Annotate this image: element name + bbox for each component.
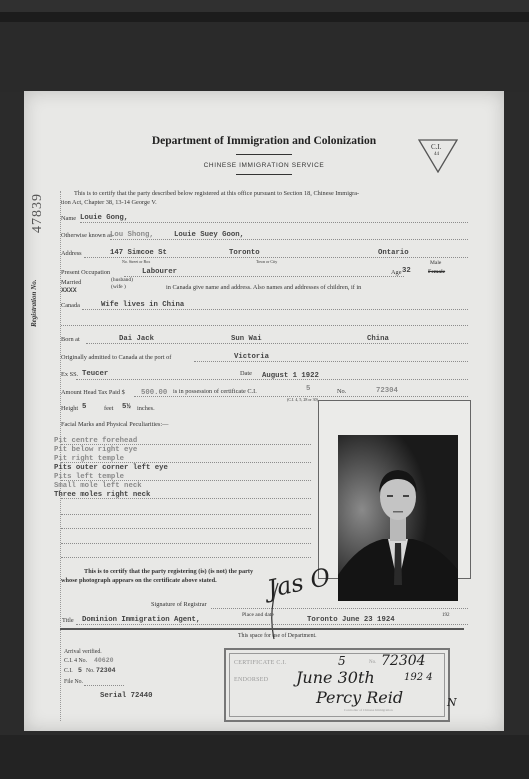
field-line: [61, 543, 311, 544]
age-value: 32: [402, 267, 411, 275]
registration-number-label: Registration No.: [30, 280, 38, 327]
field-line: [82, 309, 468, 310]
address-province: Ontario: [378, 249, 409, 257]
field-line: [86, 343, 468, 344]
field-line: [80, 222, 468, 223]
occupation-value: Labourer: [142, 268, 177, 276]
ship-value: Teucer: [82, 370, 108, 378]
head-tax-label: Amount Head Tax Paid $: [61, 389, 125, 396]
serial-number: Serial 72440: [100, 692, 153, 700]
facial-mark: Small mole left neck: [54, 482, 142, 490]
born-country: China: [367, 335, 389, 343]
ci4-value: 40620: [94, 657, 114, 664]
alias-value-2: Louie Suey Goon,: [174, 231, 244, 239]
film-band: [0, 22, 529, 92]
stamp-endorsed-label: ENDORSED: [234, 677, 268, 683]
stamp-no-value: 72304: [381, 653, 426, 669]
signature-label: Signature of Registrar: [151, 601, 207, 608]
stamp-year: 192 4: [404, 672, 433, 683]
registration-number-value: 47839: [30, 193, 46, 233]
certify-statement-line1: This is to certify that the party descri…: [74, 190, 359, 197]
field-line: [61, 462, 311, 463]
stamp-ci-value: 5: [338, 654, 346, 668]
address-city-hint: Town or City: [256, 259, 277, 264]
film-edge: [0, 0, 529, 12]
initial-mark: N: [447, 696, 457, 709]
height-feet-label: feet: [104, 405, 113, 412]
file-no-label: File No.: [64, 679, 83, 685]
field-line: [61, 325, 468, 326]
registration-certificate: 47839 Registration No. Department of Imm…: [24, 91, 504, 731]
field-line: [61, 444, 311, 445]
admitted-port: Victoria: [234, 353, 269, 361]
ci5-value: 72304: [96, 667, 116, 674]
name-value: Louie Gong,: [80, 214, 128, 222]
address-label: Address: [61, 250, 82, 257]
address-city: Toronto: [229, 249, 260, 257]
certificate-hint: (C.I. 4, 5, 28 or 30): [287, 397, 318, 402]
field-line: [61, 498, 311, 499]
title-label: Title: [62, 617, 74, 624]
name-label: Name: [61, 215, 76, 222]
field-line: [110, 239, 468, 240]
form-badge-code: C.I.: [431, 143, 442, 151]
born-district: Sun Wai: [231, 335, 262, 343]
party-certification-line1: This is to certify that the party regist…: [84, 568, 253, 575]
admitted-label: Originally admitted to Canada at the por…: [61, 354, 171, 361]
registration-number: 47839 Registration No.: [28, 191, 52, 391]
field-line: [61, 514, 311, 515]
field-line: [76, 379, 468, 380]
place-date-value: Toronto June 23 1924: [307, 616, 395, 624]
endorsement-stamp: CERTIFICATE C.I. 5 No. 72304 ENDORSED Ju…: [224, 648, 450, 722]
certificate-ci-value: 5: [306, 385, 310, 393]
ci4-label: C.I. 4 No.: [64, 658, 87, 664]
ci5-label: C.I.: [64, 668, 73, 674]
stamp-certificate-label: CERTIFICATE C.I.: [234, 660, 287, 666]
sex-female-struck: Female: [428, 269, 445, 275]
height-inches-label: inches.: [137, 405, 155, 412]
film-band: [0, 12, 529, 22]
year-suffix: 192: [442, 613, 450, 618]
field-line: [76, 624, 468, 625]
field-line: [61, 528, 311, 529]
field-line: [124, 276, 404, 277]
stamp-no-label: No.: [369, 660, 376, 665]
field-line: [61, 557, 311, 558]
otherwise-known-label: Otherwise known as: [61, 232, 112, 239]
date-label: Date: [240, 370, 252, 377]
address-street: 147 Simcoe St: [110, 249, 167, 257]
field-line: [84, 685, 124, 686]
header-rule: [236, 174, 292, 175]
signature-flourish-icon: [264, 581, 284, 641]
married-label: Married: [61, 279, 81, 286]
department-use-label: This space for use of Department.: [238, 633, 317, 639]
wife-label: (wife ): [111, 284, 126, 290]
facial-mark: Pit below right eye: [54, 446, 137, 454]
ci5-type: 5: [78, 667, 82, 674]
occupation-label: Present Occupation: [61, 269, 110, 276]
applicant-photograph: [338, 435, 458, 601]
height-feet: 5: [82, 403, 86, 411]
field-line: [61, 480, 311, 481]
field-line: [194, 361, 468, 362]
form-badge-number: 44: [434, 152, 439, 157]
certificate-no-value: 72304: [376, 387, 398, 395]
height-label: Height: [61, 405, 78, 412]
certificate-no-label: No.: [337, 388, 346, 395]
married-instructions: in Canada give name and address. Also na…: [166, 284, 361, 291]
address-street-hint: No. Street or Box: [122, 259, 150, 264]
header-rule: [236, 154, 292, 155]
ci5-no-label: No.: [86, 668, 95, 674]
certificate-label: is in possession of certificate C.I.: [173, 388, 257, 395]
section-divider: [60, 628, 464, 630]
title-value: Dominion Immigration Agent,: [82, 616, 200, 624]
place-date-label: Place and date: [242, 612, 274, 618]
alias-value-1: Lou Shong,: [110, 231, 154, 239]
born-village: Dai Jack: [119, 335, 154, 343]
age-label: Age: [391, 269, 402, 276]
party-certification-line2: whose photograph appears on the certific…: [61, 577, 217, 584]
ship-label: Ex SS.: [61, 371, 78, 378]
canada-label: Canada: [61, 302, 80, 309]
husband-label: (husband): [111, 277, 133, 283]
sex-male: Male: [430, 260, 441, 266]
stamp-endorsed-value: June 30th: [296, 668, 375, 687]
field-line: [84, 257, 468, 258]
portrait-image-icon: [338, 435, 458, 601]
marital-status-value: XXXX: [61, 287, 77, 294]
height-inches: 5½: [122, 403, 131, 411]
certify-statement-line2: tion Act, Chapter 38, 13-14 George V.: [61, 199, 157, 206]
facial-mark: Pits outer corner left eye: [54, 464, 168, 472]
facial-marks-label: Facial Marks and Physical Peculiarities:…: [61, 421, 168, 428]
canada-value: Wife lives in China: [101, 301, 184, 309]
born-label: Born at: [61, 336, 80, 343]
stamp-signature-title: Controller of Chinese Immigration: [344, 708, 393, 712]
film-band: [0, 735, 529, 779]
field-line: [134, 396, 468, 397]
stamp-signature: Percy Reid: [316, 688, 403, 707]
arrival-verified-label: Arrival verified.: [64, 649, 102, 655]
field-line: [211, 608, 468, 609]
